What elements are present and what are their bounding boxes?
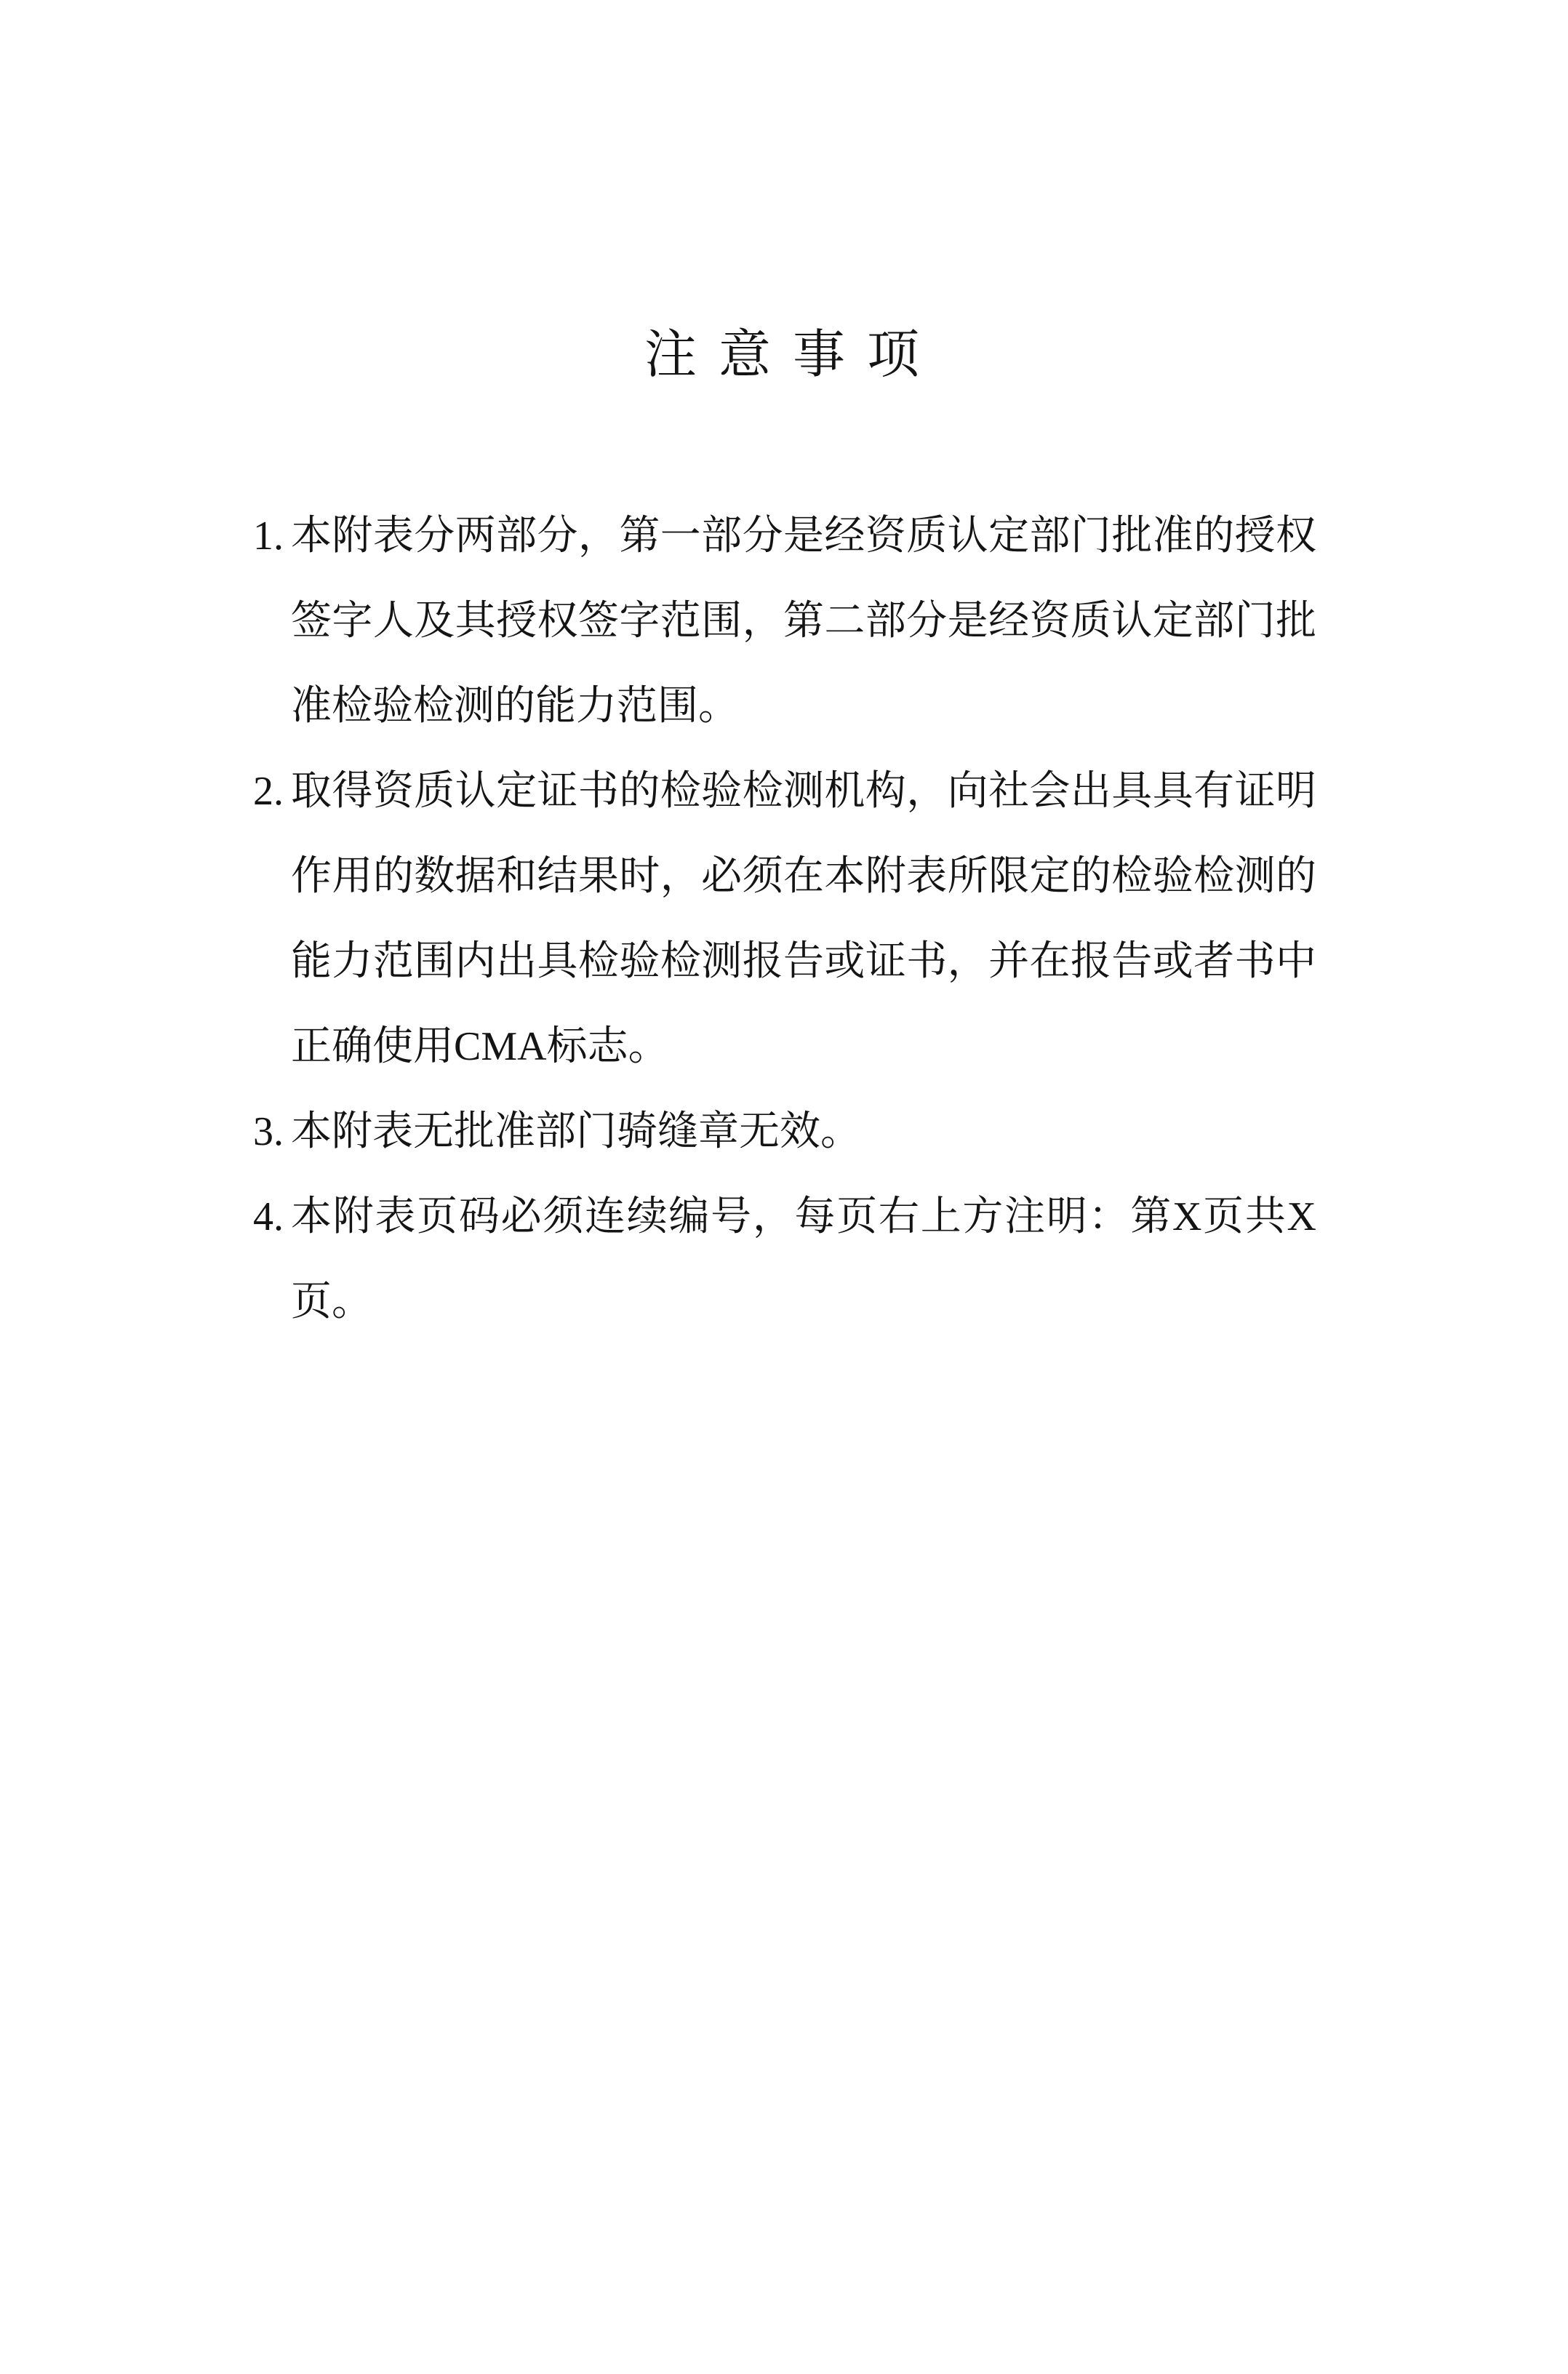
notice-list: 1. 本附表分两部分，第一部分是经资质认定部门批准的授权签字人及其授权签字范围，… xyxy=(0,494,1568,1345)
item-number: 4. xyxy=(253,1175,291,1260)
notice-item-3: 3. 本附表无批准部门骑缝章无效。 xyxy=(253,1090,1568,1175)
item-text: 本附表无批准部门骑缝章无效。 xyxy=(291,1090,1316,1175)
document-page: 注 意 事 项 1. 本附表分两部分，第一部分是经资质认定部门批准的授权签字人及… xyxy=(0,0,1568,2374)
item-number: 2. xyxy=(253,749,291,834)
item-text: 本附表页码必须连续编号，每页右上方注明：第X页共X页。 xyxy=(291,1175,1316,1345)
notice-item-2: 2. 取得资质认定证书的检验检测机构，向社会出具具有证明作用的数据和结果时，必须… xyxy=(253,749,1568,1090)
notice-item-1: 1. 本附表分两部分，第一部分是经资质认定部门批准的授权签字人及其授权签字范围，… xyxy=(253,494,1568,749)
item-number: 1. xyxy=(253,494,291,579)
notice-item-4: 4. 本附表页码必须连续编号，每页右上方注明：第X页共X页。 xyxy=(253,1175,1568,1345)
page-title: 注 意 事 项 xyxy=(0,0,1568,381)
item-number: 3. xyxy=(253,1090,291,1175)
item-text: 取得资质认定证书的检验检测机构，向社会出具具有证明作用的数据和结果时，必须在本附… xyxy=(291,749,1316,1090)
item-text: 本附表分两部分，第一部分是经资质认定部门批准的授权签字人及其授权签字范围，第二部… xyxy=(291,494,1316,749)
